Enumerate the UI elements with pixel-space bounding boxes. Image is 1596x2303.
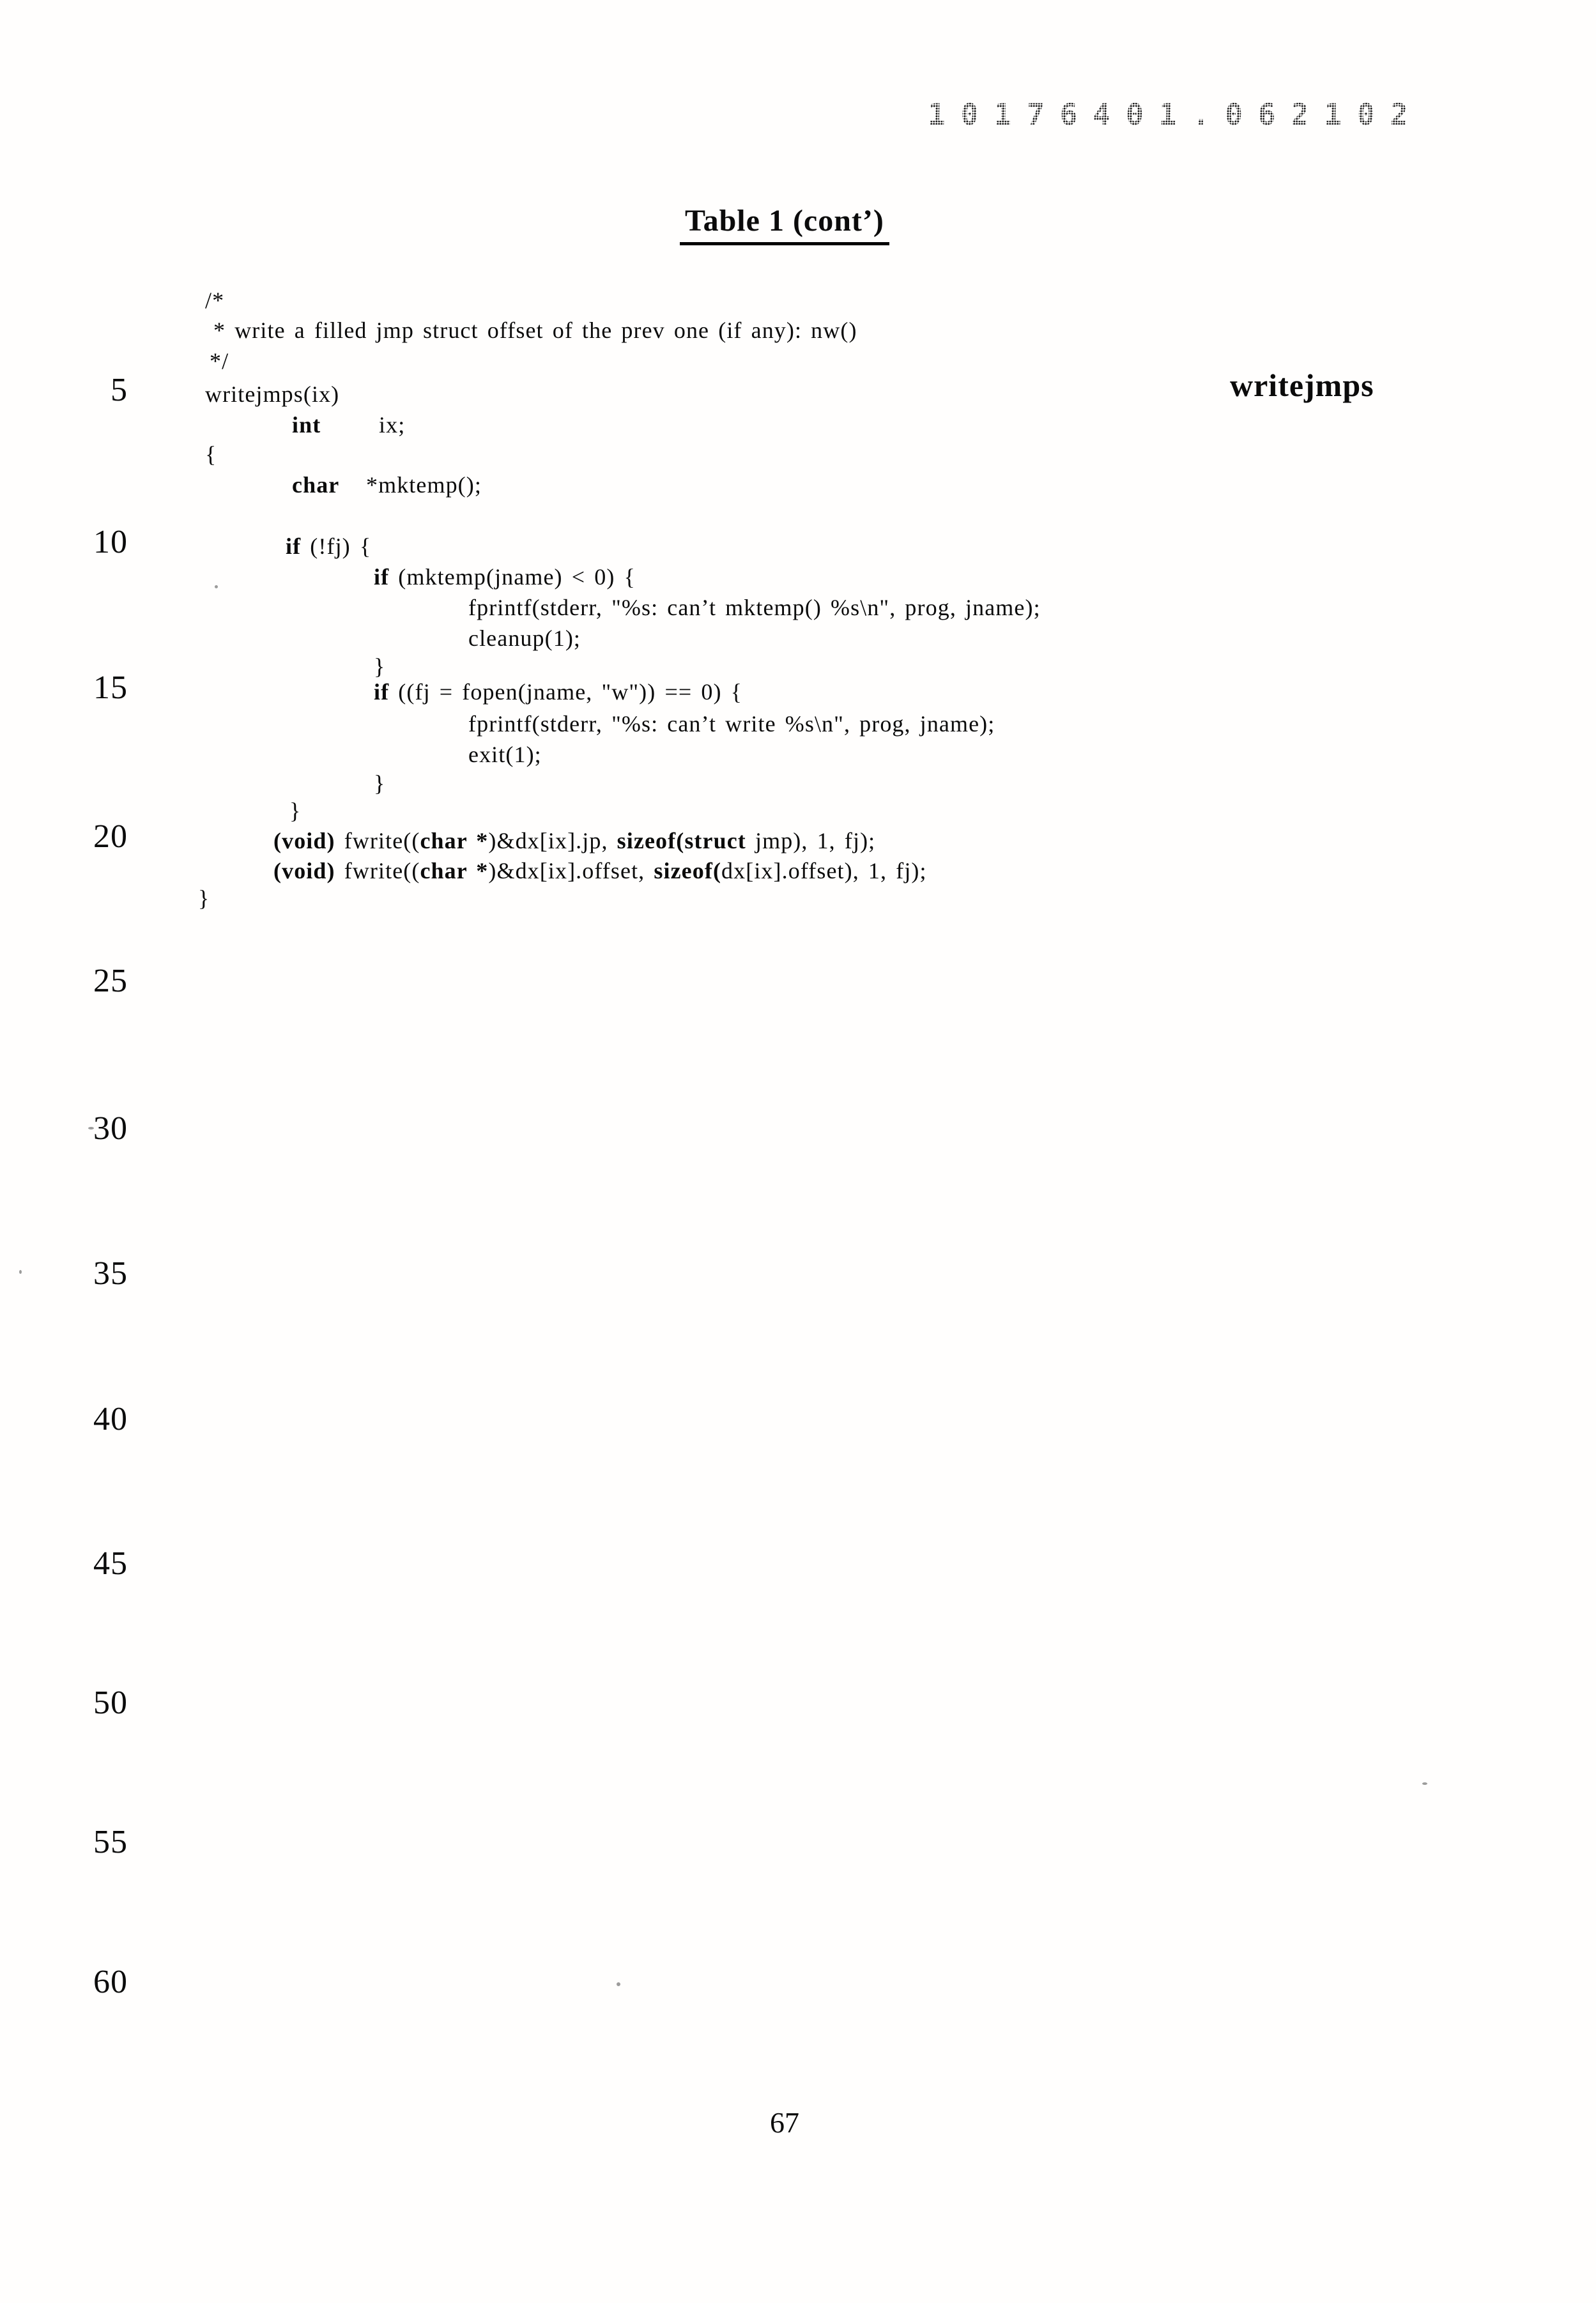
code-line: { (205, 440, 217, 468)
margin-line-number: 30 (70, 1112, 128, 1145)
code-text: /* (205, 287, 224, 313)
code-keyword: if (286, 533, 301, 559)
scan-speck (617, 1982, 620, 1986)
code-keyword: sizeof( (654, 858, 721, 884)
code-keyword: sizeof(struct (617, 828, 746, 853)
code-text: } (374, 770, 385, 796)
patent-number-stamp: 10176401.062102 (928, 97, 1423, 132)
code-keyword: if (374, 564, 389, 590)
scan-speck (88, 1127, 94, 1129)
code-text: (mktemp(jname) < 0) { (389, 564, 636, 590)
margin-line-number: 40 (70, 1403, 128, 1436)
patent-page: 10176401.062102 Table 1 (cont’) writejmp… (0, 0, 1596, 2303)
scan-speck (1422, 1782, 1427, 1785)
code-text: fwrite(( (335, 828, 420, 853)
code-line: (void) fwrite((char *)&dx[ix].jp, sizeof… (273, 827, 875, 855)
scan-speck (215, 585, 218, 588)
code-text: } (374, 654, 385, 679)
code-text: )&dx[ix].offset, (488, 858, 654, 884)
margin-line-number: 15 (70, 671, 128, 705)
code-text: writejmps(ix) (205, 381, 339, 407)
code-text: fprintf(stderr, "%s: can’t write %s\n", … (468, 711, 995, 737)
code-text: ix; (379, 411, 405, 439)
function-name-label: writejmps (1230, 367, 1374, 404)
code-line: if (mktemp(jname) < 0) { (374, 563, 636, 591)
code-text: } (198, 885, 210, 911)
code-line: } (198, 884, 210, 912)
table-title: Table 1 (cont’) (680, 203, 889, 245)
code-text: */ (210, 348, 229, 374)
code-text: cleanup(1); (468, 625, 581, 651)
margin-line-number: 35 (70, 1257, 128, 1290)
code-text: } (289, 798, 301, 823)
code-text: jmp), 1, fj); (746, 828, 875, 853)
page-number: 67 (737, 2106, 833, 2139)
code-text: ((fj = fopen(jname, "w")) == 0) { (389, 679, 742, 705)
code-text: )&dx[ix].jp, (488, 828, 617, 853)
code-line: } (374, 652, 385, 680)
code-keyword: if (374, 679, 389, 705)
code-text: exit(1); (468, 742, 542, 767)
code-text: fprintf(stderr, "%s: can’t mktemp() %s\n… (468, 595, 1041, 620)
code-line: (void) fwrite((char *)&dx[ix].offset, si… (273, 857, 927, 885)
code-keyword: (void) (273, 858, 335, 884)
code-line: fprintf(stderr, "%s: can’t mktemp() %s\n… (468, 593, 1041, 622)
code-line: * write a filled jmp struct offset of th… (213, 316, 857, 344)
code-keyword: char * (420, 828, 488, 853)
margin-line-number: 50 (70, 1687, 128, 1720)
code-line: fprintf(stderr, "%s: can’t write %s\n", … (468, 710, 995, 738)
code-text: (!fj) { (301, 533, 371, 559)
code-line: cleanup(1); (468, 624, 581, 652)
code-text: dx[ix].offset), 1, fj); (721, 858, 927, 884)
margin-line-number: 10 (70, 526, 128, 559)
scan-speck (19, 1270, 22, 1274)
margin-line-number: 55 (70, 1826, 128, 1859)
code-keyword: char * (420, 858, 488, 884)
margin-line-number: 5 (70, 374, 128, 407)
code-line: exit(1); (468, 740, 542, 769)
code-keyword: char (292, 472, 339, 498)
margin-line-number: 45 (70, 1547, 128, 1580)
code-keyword: (void) (273, 828, 335, 853)
code-text: *mktemp(); (366, 471, 482, 499)
code-line: if (!fj) { (286, 532, 371, 560)
code-line: } (289, 797, 301, 825)
code-line: intix; (292, 411, 321, 439)
margin-line-number: 25 (70, 965, 128, 998)
margin-line-number: 20 (70, 820, 128, 853)
code-line: /* (205, 286, 224, 314)
code-line: } (374, 769, 385, 797)
code-text: fwrite(( (335, 858, 420, 884)
code-line: char*mktemp(); (292, 471, 339, 499)
code-text: { (205, 441, 217, 467)
code-line: */ (210, 347, 229, 375)
code-text: * write a filled jmp struct offset of th… (213, 318, 857, 343)
code-keyword: int (292, 412, 321, 438)
code-line: if ((fj = fopen(jname, "w")) == 0) { (374, 678, 742, 706)
margin-line-number: 60 (70, 1966, 128, 1999)
code-line: writejmps(ix) (205, 380, 339, 408)
